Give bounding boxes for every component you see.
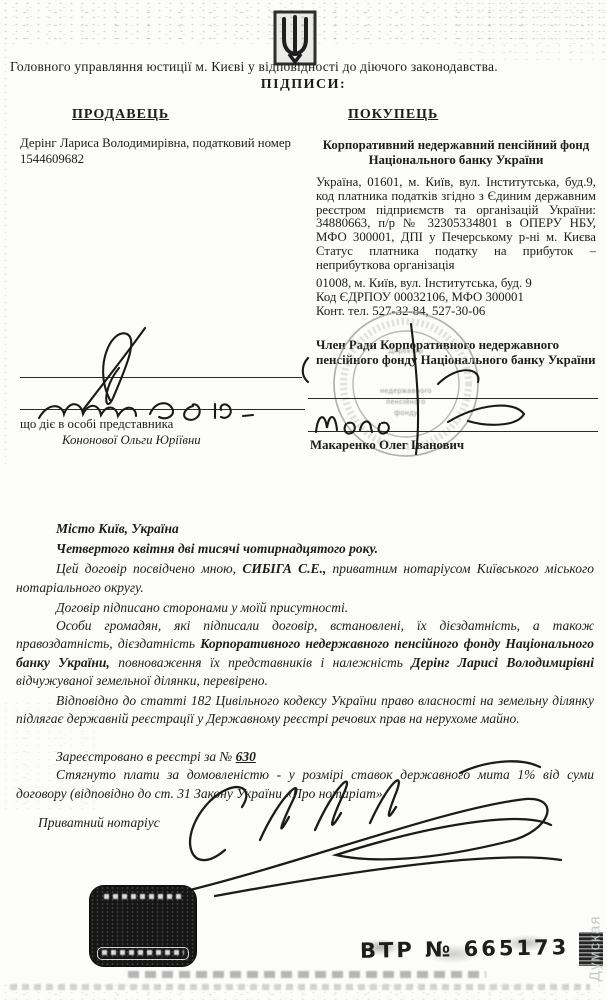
notary-name: СИБІГА С.Е.,: [242, 561, 326, 576]
dark-seal-stamp: [90, 886, 196, 966]
notary-signature: [130, 755, 570, 905]
header-line: Головного управляння юстиції м. Києві у …: [10, 59, 600, 75]
certify-prefix: Цей договір посвідчено мною,: [56, 561, 242, 576]
notary-persons-paragraph: Особи громадян, які підписали договір, в…: [16, 617, 594, 691]
signatures-heading: ПІДПИСИ:: [0, 77, 607, 93]
scan-noise-top-right: [455, 0, 607, 60]
seller-signature: [15, 322, 315, 422]
buyer-org-line1: Корпоративний недержавний пенсійний фонд: [316, 138, 596, 153]
persons-suffix: відчужуваної земельної ділянки, перевіре…: [16, 673, 268, 688]
notary-signed-line: Договір підписано сторонами у моїй прису…: [16, 598, 594, 617]
buyer-org-line2: Національного банку України: [316, 153, 596, 168]
buyer-address-line: 01008, м. Київ, вул. Інститутська, буд. …: [316, 277, 600, 291]
notary-article-paragraph: Відповідно до статті 182 Цивільного коде…: [16, 692, 594, 728]
scanned-contract-page: Головного управляння юстиції м. Києві у …: [0, 0, 607, 1000]
btp-stamp: ВТР № 665173: [354, 932, 603, 966]
buyer-registration-paragraph: Україна, 01601, м. Київ, вул. Інститутсь…: [316, 176, 596, 273]
footer-illegible-text: [128, 971, 486, 978]
seal-top-text-row: [104, 894, 182, 899]
scan-noise-left-edge: [0, 40, 10, 470]
btp-stamp-label: ВТР № 665173: [354, 931, 576, 967]
notary-certify-paragraph: Цей договір посвідчено мною, СИБІГА С.Е.…: [16, 559, 594, 597]
seller-heading: ПРОДАВЕЦЬ: [72, 107, 169, 123]
seller-acting-line: що діє в особі представника: [20, 416, 173, 432]
notary-date-line: Четвертого квітня дві тисячі чотирнадцят…: [16, 539, 594, 558]
seal-bottom-band: [97, 947, 189, 960]
buyer-signer-name: Макаренко Олег Іванович: [310, 437, 464, 453]
buyer-heading: ПОКУПЕЦЬ: [348, 107, 438, 123]
site-watermark: Думская: [587, 899, 604, 999]
seal-bottom-text-row: [102, 950, 184, 955]
seller-info-line2: 1544609682: [20, 151, 312, 167]
persons-mid: повноваження їх представників і належніс…: [110, 655, 412, 670]
footer-illegible-text-2: [10, 984, 590, 990]
persons-bold-dering: Дерінг Ларисі Володимирівні: [411, 655, 594, 670]
seller-info-line1: Дерінг Лариса Володимирівна, податковий …: [20, 135, 312, 151]
notary-city-line: Місто Київ, Україна: [16, 519, 594, 538]
seller-representative-name: Кононової Ольги Юріївни: [62, 432, 201, 448]
buyer-edrpou-line: Код ЄДРПОУ 00032106, МФО 300001: [316, 291, 600, 305]
